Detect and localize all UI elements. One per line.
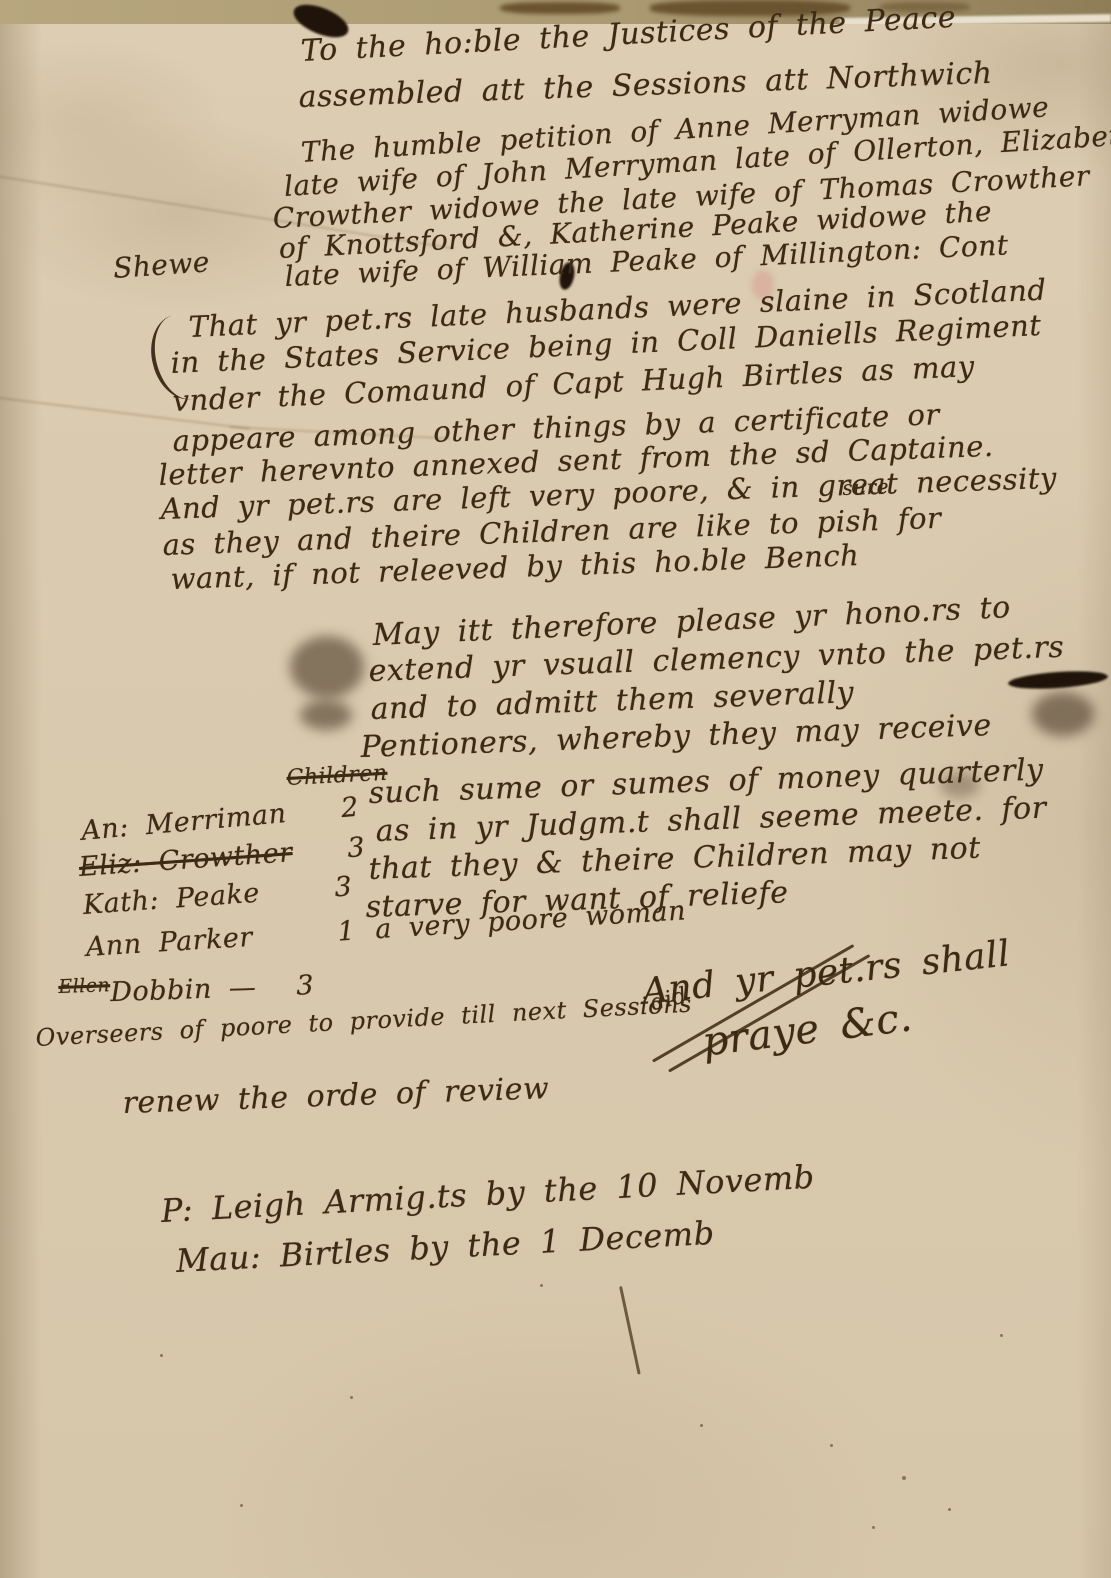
manuscript-scan: To the ho:ble the Justices of the Peace …	[0, 0, 1111, 1578]
ink-smudge	[1032, 692, 1094, 736]
paper-speck	[1000, 1334, 1003, 1337]
paper-speck	[160, 1354, 163, 1357]
clerk-note-renew-order: renew the orde of review	[122, 1071, 550, 1121]
pensioner-name: Dobbin —	[110, 972, 257, 1008]
paper-speck	[948, 1508, 951, 1511]
closing-line-1: And yr pet.rs shall	[640, 933, 1012, 1012]
paper-speck	[240, 1504, 243, 1507]
paper-speck	[872, 1526, 875, 1529]
interlined-word-sure: sure	[842, 474, 889, 500]
pensioner-name: Ann Parker	[85, 922, 254, 963]
paper-speck	[902, 1476, 906, 1480]
pension-allowance: 3	[333, 871, 353, 903]
pension-allowance: 3	[296, 970, 315, 1002]
pensioner-name: Kath: Peake	[82, 878, 261, 921]
pension-allowance: 3	[346, 832, 366, 864]
ink-smudge	[290, 636, 364, 698]
paper-speck	[830, 1444, 833, 1447]
paper-speck	[700, 1424, 703, 1427]
pension-allowance: 1	[337, 916, 357, 948]
struck-out-word-blot	[1008, 669, 1109, 692]
paper-speck	[540, 1284, 543, 1287]
pension-list-row: EllenDobbin —3	[58, 967, 315, 1010]
petition-page: To the ho:ble the Justices of the Peace …	[0, 24, 1111, 1578]
margin-word-shewe: Shewe	[112, 245, 211, 285]
struck-pensioner-prefix: Ellen	[58, 974, 110, 998]
pen-flourish	[619, 1286, 641, 1375]
ink-smudge	[300, 700, 352, 730]
paper-speck	[350, 1396, 353, 1399]
allowance-line-1: P: Leigh Armig.ts by the 10 Novemb	[160, 1158, 816, 1230]
pension-allowance: 2	[340, 792, 360, 824]
faded-background-writing	[500, 2, 620, 14]
closing-line-2: praye &c.	[700, 994, 915, 1065]
